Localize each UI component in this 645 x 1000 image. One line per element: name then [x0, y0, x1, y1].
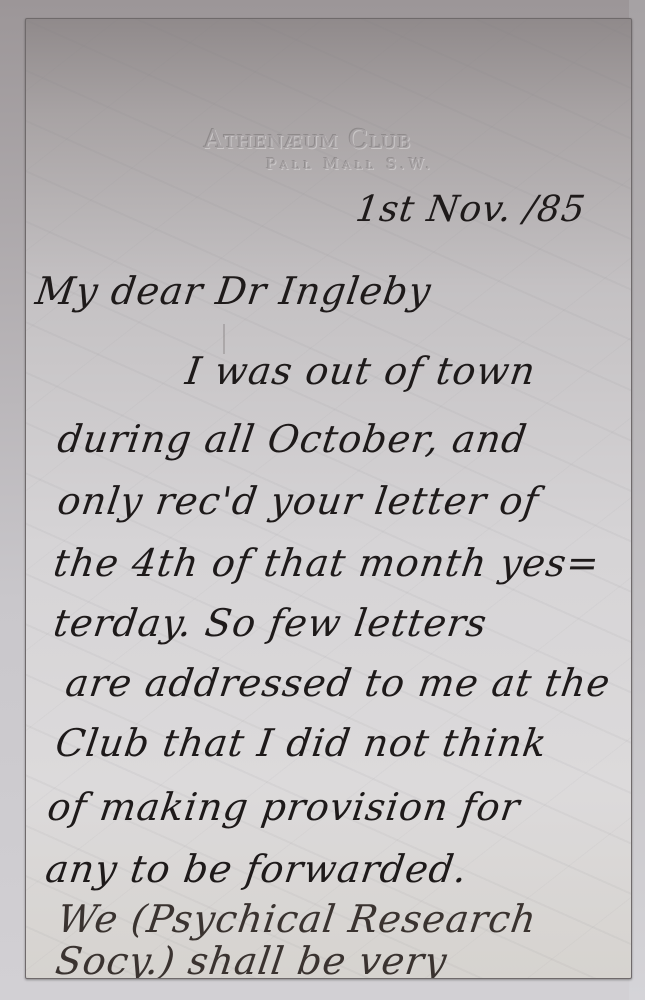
body-line: We (Psychical Research [55, 897, 540, 941]
salutation: My dear Dr Ingleby [33, 269, 434, 313]
body-line: only rec'd your letter of [55, 479, 542, 523]
letter-date: 1st Nov. /85 [353, 189, 588, 230]
body-line: I was out of town [183, 349, 539, 393]
letter-sheet: Athenæum Club Pall Mall S.W. 1st Nov. /8… [25, 18, 632, 979]
body-line: of making provision for [45, 785, 523, 829]
body-line: any to be forwarded. [43, 847, 471, 891]
body-line: are addressed to me at the [63, 661, 613, 705]
body-line: Socy.) shall be very [53, 939, 450, 979]
letterhead-address: Pall Mall S.W. [266, 155, 464, 173]
body-line: terday. So few letters [51, 601, 490, 645]
letterhead-club-name: Athenæum Club [204, 125, 464, 155]
body-line: during all October, and [55, 417, 530, 461]
body-line: the 4th of that month yes= [51, 541, 603, 585]
body-line: Club that I did not think [53, 721, 550, 765]
embossed-letterhead: Athenæum Club Pall Mall S.W. [204, 125, 464, 173]
